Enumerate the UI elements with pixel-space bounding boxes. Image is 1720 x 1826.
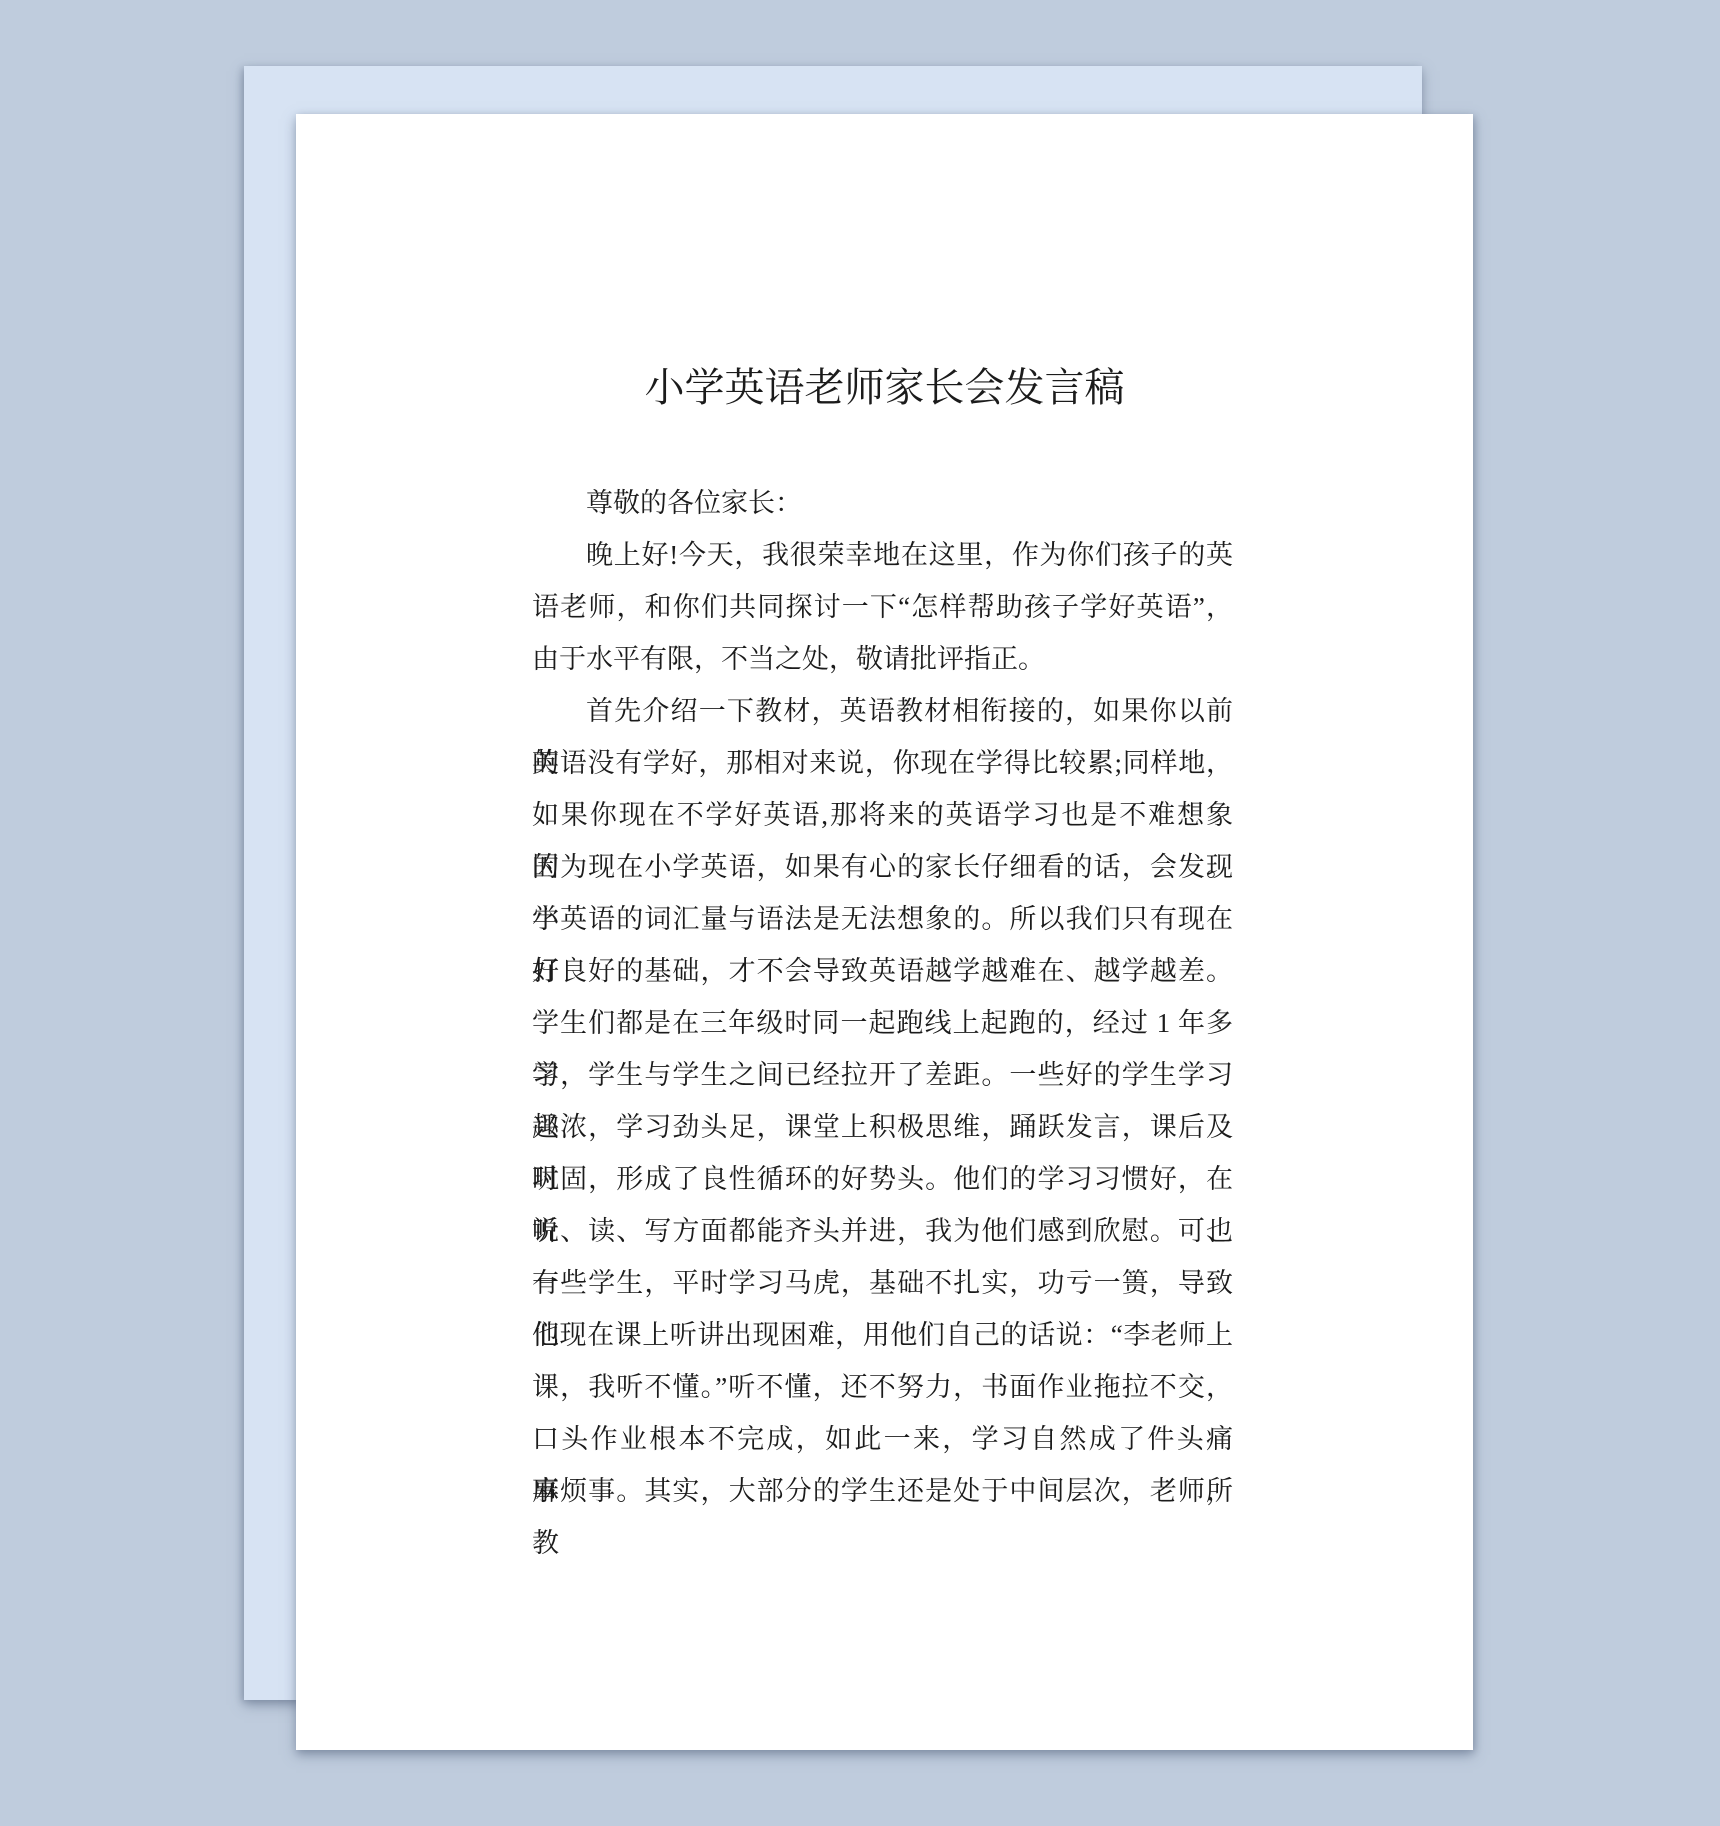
text-line: 巩固，形成了良性循环的好势头。他们的学习习惯好，在听、 <box>532 1153 1233 1205</box>
text-line: 语老师，和你们共同探讨一下“怎样帮助孩子学好英语”， <box>532 581 1233 633</box>
text-line: 因为现在小学英语，如果有心的家长仔细看的话，会发现小 <box>532 841 1233 893</box>
text-line: 口头作业根本不完成，如此一来，学习自然成了件头痛事， <box>532 1413 1233 1465</box>
text-line: 趣浓，学习劲头足，课堂上积极思维，踊跃发言，课后及时 <box>532 1101 1233 1153</box>
text-line: 学英语的词汇量与语法是无法想象的。所以我们只有现在打 <box>532 893 1233 945</box>
text-line: 课，我听不懂。”听不懂，还不努力，书面作业拖拉不交， <box>532 1361 1233 1413</box>
document-body: 尊敬的各位家长：晚上好!今天，我很荣幸地在这里，作为你们孩子的英语老师，和你们共… <box>532 477 1233 1517</box>
document-title: 小学英语老师家长会发言稿 <box>296 366 1473 410</box>
text-line: 麻烦事。其实，大部分的学生还是处于中间层次，老师所教 <box>532 1465 1233 1517</box>
text-line: 习，学生与学生之间已经拉开了差距。一些好的学生学习兴 <box>532 1049 1233 1101</box>
text-line: 们现在课上听讲出现困难，用他们自己的话说：“李老师上 <box>532 1309 1233 1361</box>
document-page: 小学英语老师家长会发言稿 尊敬的各位家长：晚上好!今天，我很荣幸地在这里，作为你… <box>296 114 1473 1750</box>
text-line: 一些学生，平时学习马虎，基础不扎实，功亏一篑，导致他 <box>532 1257 1233 1309</box>
canvas-background: { "colors": { "backdrop": "#bfccdd", "ba… <box>0 0 1720 1826</box>
text-line: 由于水平有限，不当之处，敬请批评指正。 <box>532 633 1233 685</box>
text-line: 说、读、写方面都能齐头并进，我为他们感到欣慰。可也有 <box>532 1205 1233 1257</box>
text-line: 尊敬的各位家长： <box>532 477 1233 529</box>
text-line: 英语没有学好，那相对来说，你现在学得比较累;同样地， <box>532 737 1233 789</box>
text-line: 如果你现在不学好英语,那将来的英语学习也是不难想象的。 <box>532 789 1233 841</box>
text-line: 首先介绍一下教材，英语教材相衔接的，如果你以前的 <box>532 685 1233 737</box>
text-line: 学生们都是在三年级时同一起跑线上起跑的，经过 1 年多学 <box>532 997 1233 1049</box>
text-line: 好良好的基础，才不会导致英语越学越难在、越学越差。 <box>532 945 1233 997</box>
text-line: 晚上好!今天，我很荣幸地在这里，作为你们孩子的英 <box>532 529 1233 581</box>
